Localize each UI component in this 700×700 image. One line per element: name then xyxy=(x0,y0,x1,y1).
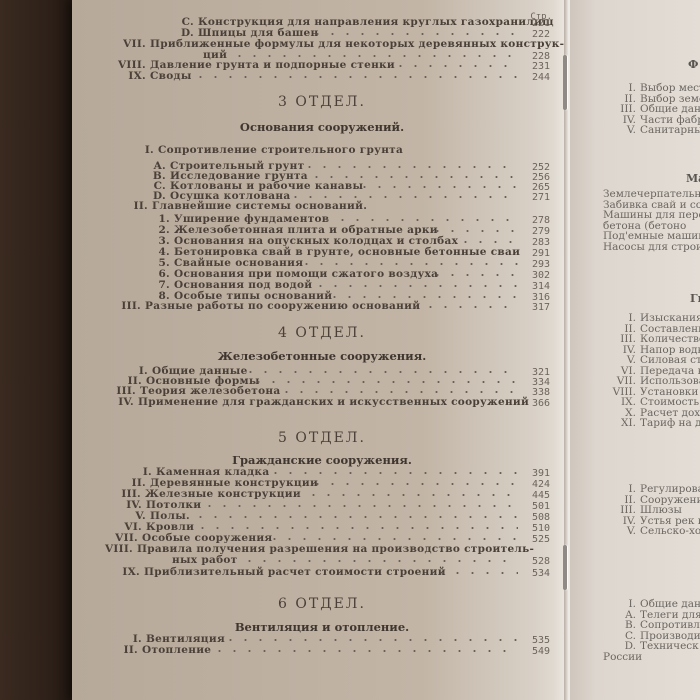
section-title: Гражданские сооружения. xyxy=(72,453,572,467)
entry-page-number: 278 xyxy=(522,215,550,226)
dot-leader xyxy=(310,480,518,488)
dot-leader xyxy=(223,636,518,644)
dot-leader xyxy=(251,378,518,386)
entry-label: Разные работы по сооружению оснований xyxy=(145,300,420,312)
entry-label: Техническ xyxy=(640,640,699,652)
dot-leader xyxy=(299,260,518,268)
entry-page-number: 231 xyxy=(522,61,550,72)
dot-leader xyxy=(195,524,518,532)
dot-leader xyxy=(279,388,518,396)
entry-number: IV. xyxy=(94,396,134,408)
dot-leader xyxy=(357,183,518,191)
entry-label: России xyxy=(603,651,642,663)
dot-leader xyxy=(212,647,518,655)
entry-number: III. xyxy=(101,300,141,312)
entry-label: Своды xyxy=(150,70,192,82)
dot-leader xyxy=(243,368,518,376)
entry-number: V. xyxy=(604,124,636,136)
table-of-contents: Стр. C.Конструкция для направления кругл… xyxy=(0,0,700,700)
dot-leader xyxy=(291,491,518,499)
entry-page-number: 501 xyxy=(522,501,550,512)
section-title: Основания сооружений. xyxy=(72,120,572,134)
department-heading: 6 ОТДЕЛ. xyxy=(72,596,572,612)
section-title: Вентиляция и отопление. xyxy=(72,620,572,634)
entry-page-number: 366 xyxy=(522,398,550,409)
dot-leader xyxy=(313,282,518,290)
entry-label: Насосы для строи xyxy=(603,241,700,253)
dot-leader xyxy=(267,535,518,543)
entry-page-number: 291 xyxy=(522,248,550,259)
dot-leader xyxy=(430,271,518,279)
entry-page-number: 508 xyxy=(522,512,550,523)
entry-number: V. xyxy=(604,525,636,537)
entry-page-number: 510 xyxy=(522,523,550,534)
dot-leader xyxy=(512,399,518,407)
department-heading: 3 ОТДЕЛ. xyxy=(72,94,572,110)
entry-page-number: 534 xyxy=(522,568,550,579)
entry-page-number: 549 xyxy=(522,646,550,657)
entry-page-number: 283 xyxy=(522,237,550,248)
dot-leader xyxy=(435,569,518,577)
entry-label: Сопротивление строительного грунта xyxy=(158,144,403,156)
entry-label: Отопление xyxy=(142,644,211,656)
entry-page-number: 221 xyxy=(522,18,550,29)
entry-number: VII. xyxy=(106,38,146,50)
entry-page-number: 528 xyxy=(522,556,550,567)
entry-label: Применение для гражданских и искусственн… xyxy=(138,396,529,408)
entry-page-number: 391 xyxy=(522,468,550,479)
dot-leader xyxy=(193,73,519,81)
entry-page-number: 535 xyxy=(522,635,550,646)
entry-number: XI. xyxy=(604,417,636,429)
entry-page-number: 279 xyxy=(522,226,550,237)
right-page-heading: Ф xyxy=(688,58,698,71)
entry-page-number: 314 xyxy=(522,281,550,292)
dot-leader xyxy=(430,227,518,235)
dot-leader xyxy=(310,30,519,38)
dot-leader xyxy=(458,238,518,246)
entry-page-number: 445 xyxy=(522,490,550,501)
entry-number: I. xyxy=(114,144,154,156)
dot-leader xyxy=(408,303,518,311)
section-title: Железобетонные сооружения. xyxy=(72,349,572,363)
dot-leader xyxy=(193,513,519,521)
dot-leader xyxy=(302,163,518,171)
dot-leader xyxy=(268,469,519,477)
entry-label: Главнейшие системы оснований. xyxy=(152,200,367,212)
entry-page-number: 317 xyxy=(522,302,550,313)
entry-label: Тариф на д xyxy=(640,417,700,429)
entry-page-number: 244 xyxy=(522,72,550,83)
dot-leader xyxy=(202,502,518,510)
entry-number: II. xyxy=(98,644,138,656)
right-page-heading: Ги xyxy=(690,292,700,305)
dot-leader xyxy=(242,557,518,565)
entry-page-number: 293 xyxy=(522,259,550,270)
entry-page-number: 424 xyxy=(522,479,550,490)
entry-label: Приблизительный расчет стоимости строени… xyxy=(144,566,446,578)
entry-label: Санитарные xyxy=(640,124,700,136)
entry-label: ных работ xyxy=(172,554,238,566)
entry-page-number: 302 xyxy=(522,270,550,281)
entry-page-number: 271 xyxy=(522,192,550,203)
department-heading: 4 ОТДЕЛ. xyxy=(72,325,572,341)
entry-number: IX. xyxy=(100,566,140,578)
entry-number: IX. xyxy=(106,70,146,82)
entry-number: II. xyxy=(108,200,148,212)
entry-label: Сельско-хозя xyxy=(640,525,700,537)
dot-leader xyxy=(393,62,518,70)
entry-number: VIII. xyxy=(93,543,133,555)
dot-leader xyxy=(320,216,518,224)
department-heading: 5 ОТДЕЛ. xyxy=(72,430,572,446)
right-page-heading: Ма xyxy=(686,172,700,185)
